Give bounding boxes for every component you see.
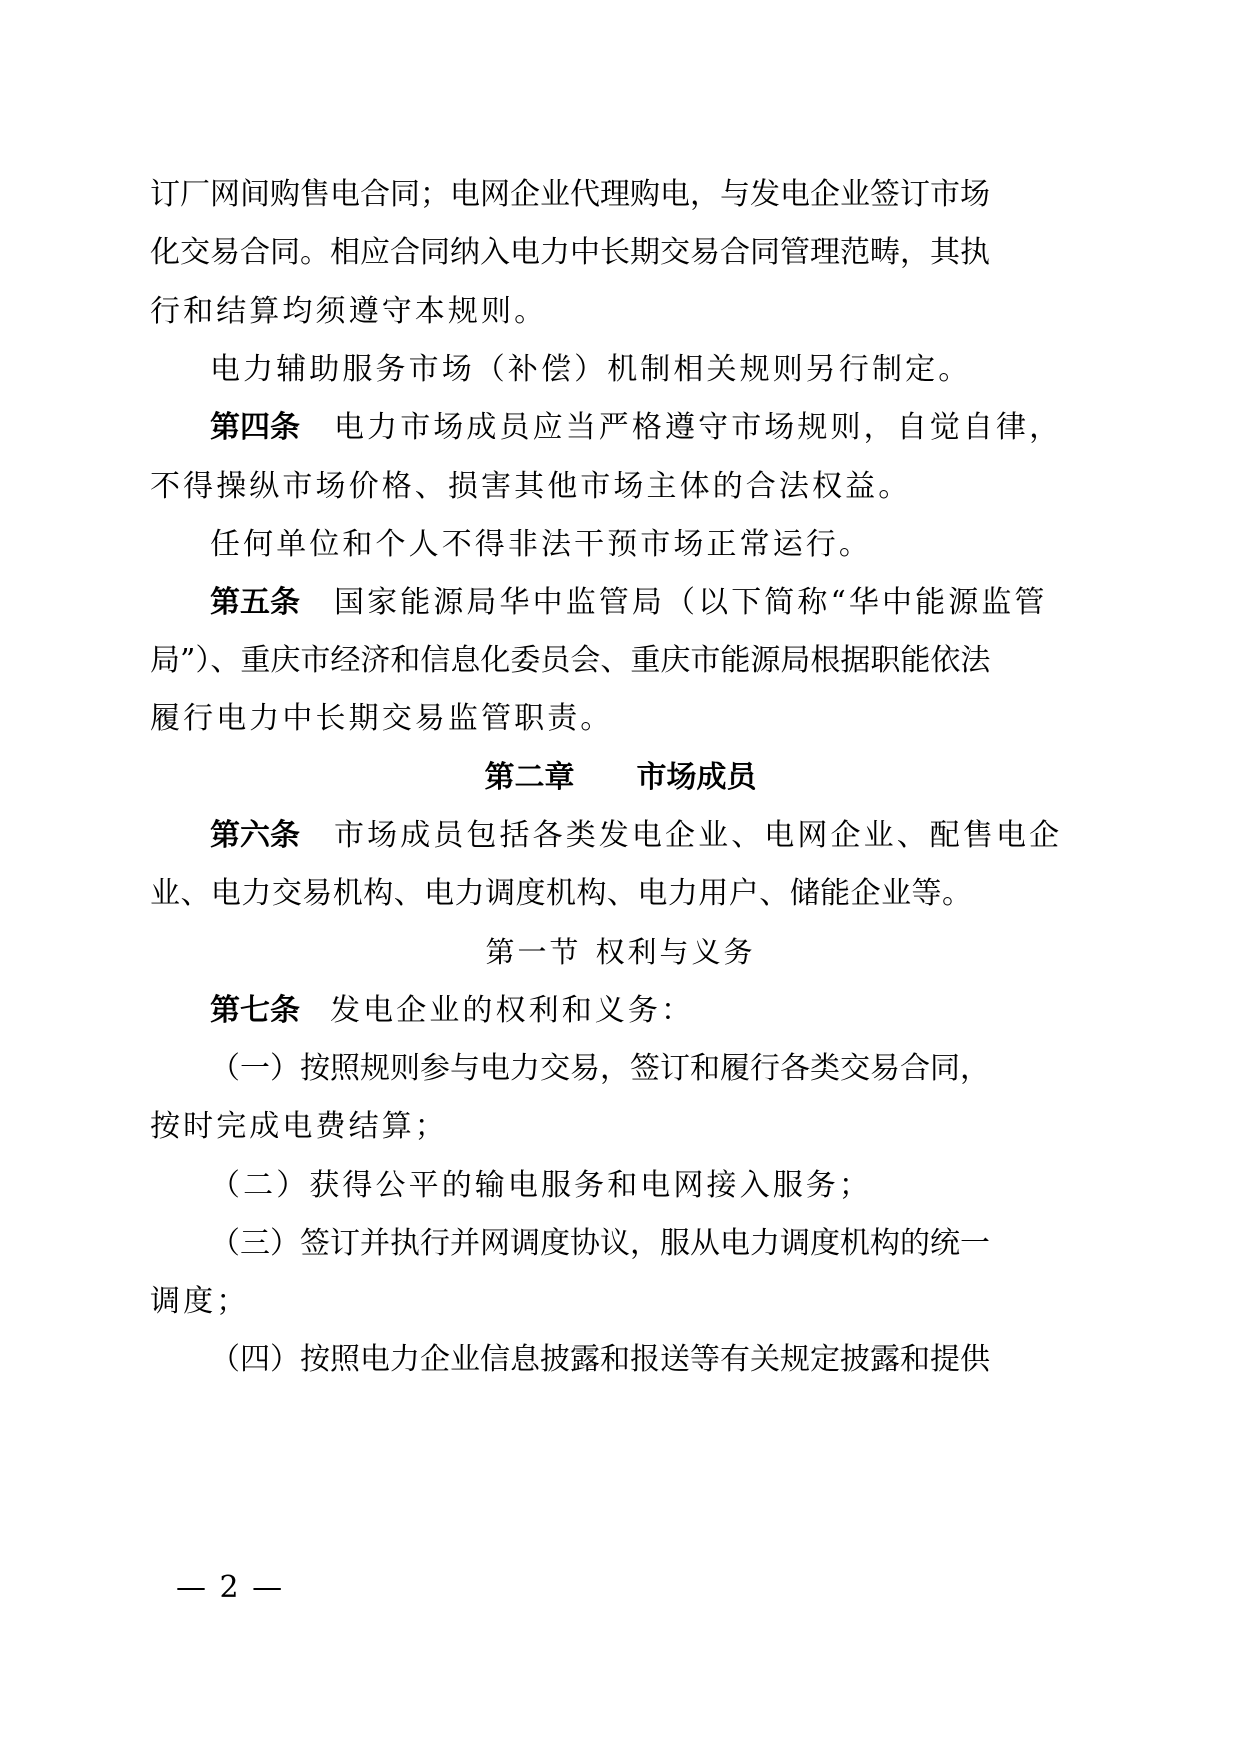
article-6-line: 第六条市场成员包括各类发电企业、电网企业、配售电企 [210, 807, 972, 865]
article-label: 第七条 [210, 993, 300, 1028]
section-number: 第一节 [485, 935, 581, 969]
article-text: 市场成员包括各类发电企业、电网企业、配售电企 [334, 818, 1062, 853]
article-label: 第六条 [210, 818, 300, 853]
list-item: （四）按照电力企业信息披露和报送等有关规定披露和提供 [210, 1331, 972, 1389]
article-text: 电力市场成员应当严格遵守市场规则，自觉自律， [334, 410, 1062, 445]
body-text-line: 不得操纵市场价格、损害其他市场主体的合法权益。 [150, 458, 972, 516]
article-text: 发电企业的权利和义务： [330, 993, 694, 1028]
section-title: 权利与义务 [596, 935, 756, 969]
article-7-line: 第七条发电企业的权利和义务： [210, 982, 972, 1040]
body-text-line: 订厂网间购售电合同；电网企业代理购电，与发电企业签订市场 [150, 166, 972, 224]
article-text: 国家能源局华中监管局（以下简称“华中能源监管 [334, 585, 1048, 620]
body-text-line: 化交易合同。相应合同纳入电力中长期交易合同管理范畴，其执 [150, 224, 972, 282]
chapter-title: 市场成员 [637, 760, 757, 795]
article-4-line: 第四条电力市场成员应当严格遵守市场规则，自觉自律， [210, 399, 972, 457]
body-text-line: 调度； [150, 1273, 972, 1331]
section-heading: 第一节权利与义务 [0, 923, 1241, 981]
body-text-line: 行和结算均须遵守本规则。 [150, 283, 972, 341]
page-number: — 2 — [176, 1570, 284, 1606]
list-item: （一）按照规则参与电力交易，签订和履行各类交易合同， [210, 1040, 972, 1098]
body-text-line: 任何单位和个人不得非法干预市场正常运行。 [210, 516, 972, 574]
chapter-number: 第二章 [485, 760, 575, 795]
list-item: （三）签订并执行并网调度协议，服从电力调度机构的统一 [210, 1215, 972, 1273]
article-label: 第四条 [210, 410, 300, 445]
list-item: （二）获得公平的输电服务和电网接入服务； [210, 1157, 972, 1215]
document-page: 订厂网间购售电合同；电网企业代理购电，与发电企业签订市场 化交易合同。相应合同纳… [0, 0, 1241, 1754]
body-text-line: 业、电力交易机构、电力调度机构、电力用户、储能企业等。 [150, 865, 972, 923]
body-text-line: 按时完成电费结算； [150, 1098, 972, 1156]
body-text-line: 局”）、重庆市经济和信息化委员会、重庆市能源局根据职能依法 [150, 632, 972, 690]
body-text-line: 电力辅助服务市场（补偿）机制相关规则另行制定。 [210, 341, 972, 399]
body-text-line: 履行电力中长期交易监管职责。 [150, 690, 972, 748]
article-5-line: 第五条国家能源局华中监管局（以下简称“华中能源监管 [210, 574, 972, 632]
article-label: 第五条 [210, 585, 300, 620]
chapter-heading: 第二章市场成员 [0, 749, 1241, 807]
